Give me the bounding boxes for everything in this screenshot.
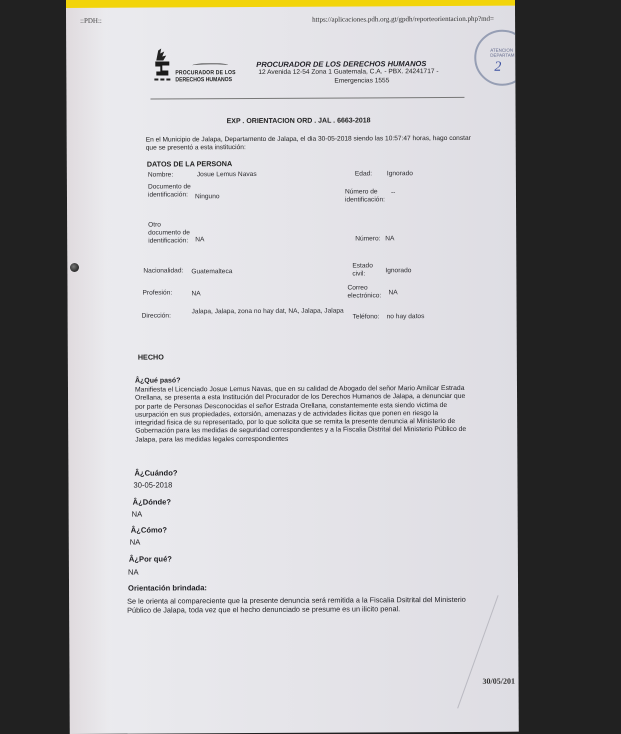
- stamp-text: ATENCION DEPARTAM: [490, 48, 514, 58]
- expediente-title: EXP . ORIENTACION ORD . JAL . 6663-2018: [227, 117, 371, 125]
- orientacion-label: Orientación brindada:: [128, 583, 207, 592]
- intro-paragraph: En el Municipio de Jalapa, Departamento …: [146, 135, 476, 153]
- como-value: NA: [130, 538, 141, 547]
- nacionalidad-value: Guatemalteca: [191, 268, 232, 276]
- print-header-url: https://aplicaciones.pdh.org.gt/gpdh/rep…: [312, 15, 494, 24]
- porque-label: Â¿Por qué?: [129, 554, 172, 563]
- pdh-logo: PROCURADOR DE LOS DERECHOS HUMANOS: [152, 48, 247, 90]
- que-paso-label: Â¿Qué pasó?: [135, 377, 181, 384]
- edad-value: Ignorado: [387, 170, 413, 178]
- stamp-text-line2: DEPARTAM: [490, 53, 514, 58]
- direccion-label: Dirección:: [142, 312, 171, 320]
- logo-swoosh: [192, 63, 228, 67]
- porque-value: NA: [128, 568, 139, 577]
- numero-id-label: Número de identificación:: [345, 188, 393, 204]
- person-section-title: DATOS DE LA PERSONA: [147, 159, 232, 168]
- logo-text-line1: PROCURADOR DE LOS: [175, 70, 235, 76]
- nombre-label: Nombre:: [148, 171, 173, 179]
- cuando-value: 30-05-2018: [133, 480, 172, 489]
- estado-civil-value: Ignorado: [385, 267, 411, 275]
- logo-text-line2: DERECHOS HUMANOS: [175, 77, 232, 83]
- donde-value: NA: [132, 510, 143, 519]
- direccion-value: Jalapa, Jalapa, zona no hay dat, NA, Jal…: [192, 308, 352, 317]
- official-stamp: ATENCION DEPARTAM 2: [474, 30, 519, 86]
- nombre-value: Josue Lemus Navas: [197, 171, 257, 179]
- edad-label: Edad:: [355, 170, 372, 178]
- donde-label: Â¿Dónde?: [133, 497, 171, 506]
- pdh-emblem-icon: [152, 48, 174, 84]
- telefono-label: Teléfono:: [353, 313, 380, 321]
- profesion-value: NA: [191, 290, 200, 298]
- correo-label: Correo electrónico:: [347, 284, 389, 300]
- correo-value: NA: [388, 289, 397, 297]
- profesion-label: Profesión:: [142, 289, 172, 297]
- stamp-signature: 2: [494, 60, 501, 76]
- cuando-label: Â¿Cuándo?: [134, 468, 177, 477]
- otro-documento-label: Otro documento de identificación:: [148, 221, 193, 245]
- header-divider: [150, 97, 464, 100]
- numero-label: Número:: [355, 235, 380, 243]
- organization-emergencies: Emergencias 1555: [334, 77, 389, 84]
- otro-documento-value: NA: [195, 236, 204, 244]
- document-page: ::PDH:: https://aplicaciones.pdh.org.gt/…: [66, 6, 519, 734]
- print-header-tag: ::PDH::: [80, 17, 102, 25]
- nacionalidad-label: Nacionalidad:: [143, 267, 183, 275]
- estado-civil-label: Estado civil:: [352, 262, 380, 278]
- telefono-value: no hay datos: [387, 313, 425, 321]
- documento-value: Ninguno: [195, 193, 220, 201]
- que-paso-text: Manifiesta el Licenciado Josue Lemus Nav…: [135, 385, 469, 445]
- numero-id-value: --: [391, 189, 395, 197]
- punch-hole: [70, 263, 79, 272]
- orientacion-text: Se le orienta al compareciente que la pr…: [127, 595, 473, 615]
- numero-value: NA: [385, 235, 394, 243]
- organization-address: 12 Avenida 12-54 Zona 1 Guatemala, C.A. …: [258, 68, 438, 76]
- footer-date: 30/05/201: [483, 677, 515, 686]
- hecho-title: HECHO: [138, 352, 164, 361]
- page-shading: [66, 8, 110, 734]
- como-label: Â¿Cómo?: [131, 525, 167, 534]
- documento-label: Documento de identificación:: [148, 183, 193, 199]
